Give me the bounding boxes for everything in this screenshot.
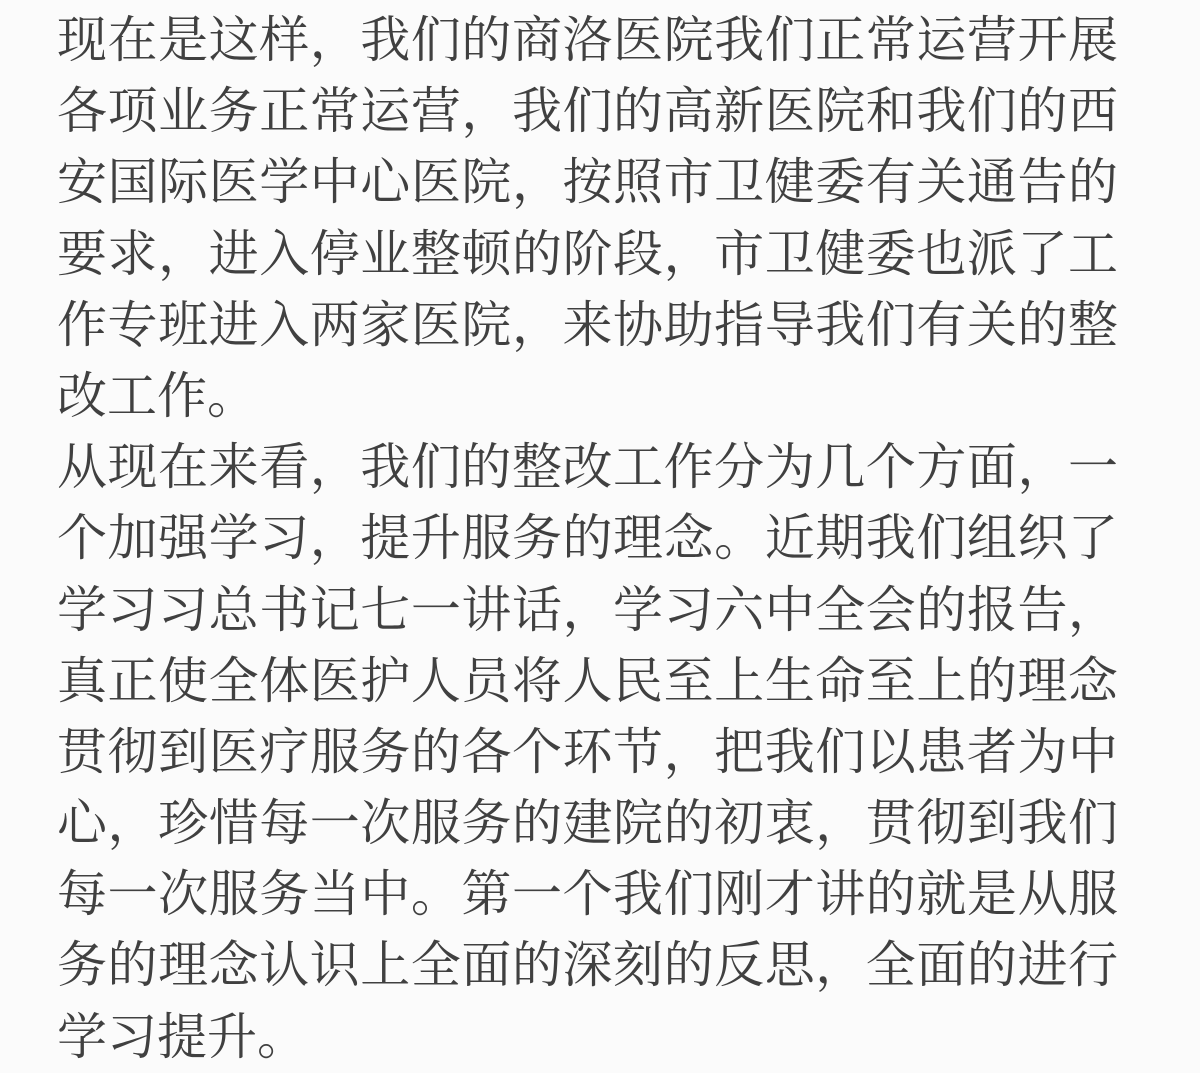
text-line-paragraph-end: 改工作。 xyxy=(57,361,1118,432)
text-line: 各项业务正常运营，我们的高新医院和我们的西 xyxy=(57,76,1118,147)
text-line: 安国际医学中心医院，按照市卫健委有关通告的 xyxy=(57,147,1118,218)
text-line: 现在是这样，我们的商洛医院我们正常运营开展 xyxy=(57,5,1118,76)
text-document: 现在是这样，我们的商洛医院我们正常运营开展 各项业务正常运营，我们的高新医院和我… xyxy=(0,0,1200,1073)
text-line: 心，珍惜每一次服务的建院的初衷，贯彻到我们 xyxy=(57,788,1118,859)
text-line: 作专班进入两家医院，来协助指导我们有关的整 xyxy=(57,290,1118,361)
text-line: 每一次服务当中。第一个我们刚才讲的就是从服 xyxy=(57,859,1118,930)
text-line: 真正使全体医护人员将人民至上生命至上的理念 xyxy=(57,646,1118,717)
text-line: 贯彻到医疗服务的各个环节，把我们以患者为中 xyxy=(57,717,1118,788)
text-line-paragraph-end: 学习提升。 xyxy=(57,1002,1118,1073)
text-line: 要求，进入停业整顿的阶段，市卫健委也派了工 xyxy=(57,219,1118,290)
text-line: 个加强学习，提升服务的理念。近期我们组织了 xyxy=(57,503,1118,574)
text-line: 学习习总书记七一讲话，学习六中全会的报告， xyxy=(57,575,1118,646)
text-line: 从现在来看，我们的整改工作分为几个方面，一 xyxy=(57,432,1118,503)
text-line: 务的理念认识上全面的深刻的反思，全面的进行 xyxy=(57,930,1118,1001)
